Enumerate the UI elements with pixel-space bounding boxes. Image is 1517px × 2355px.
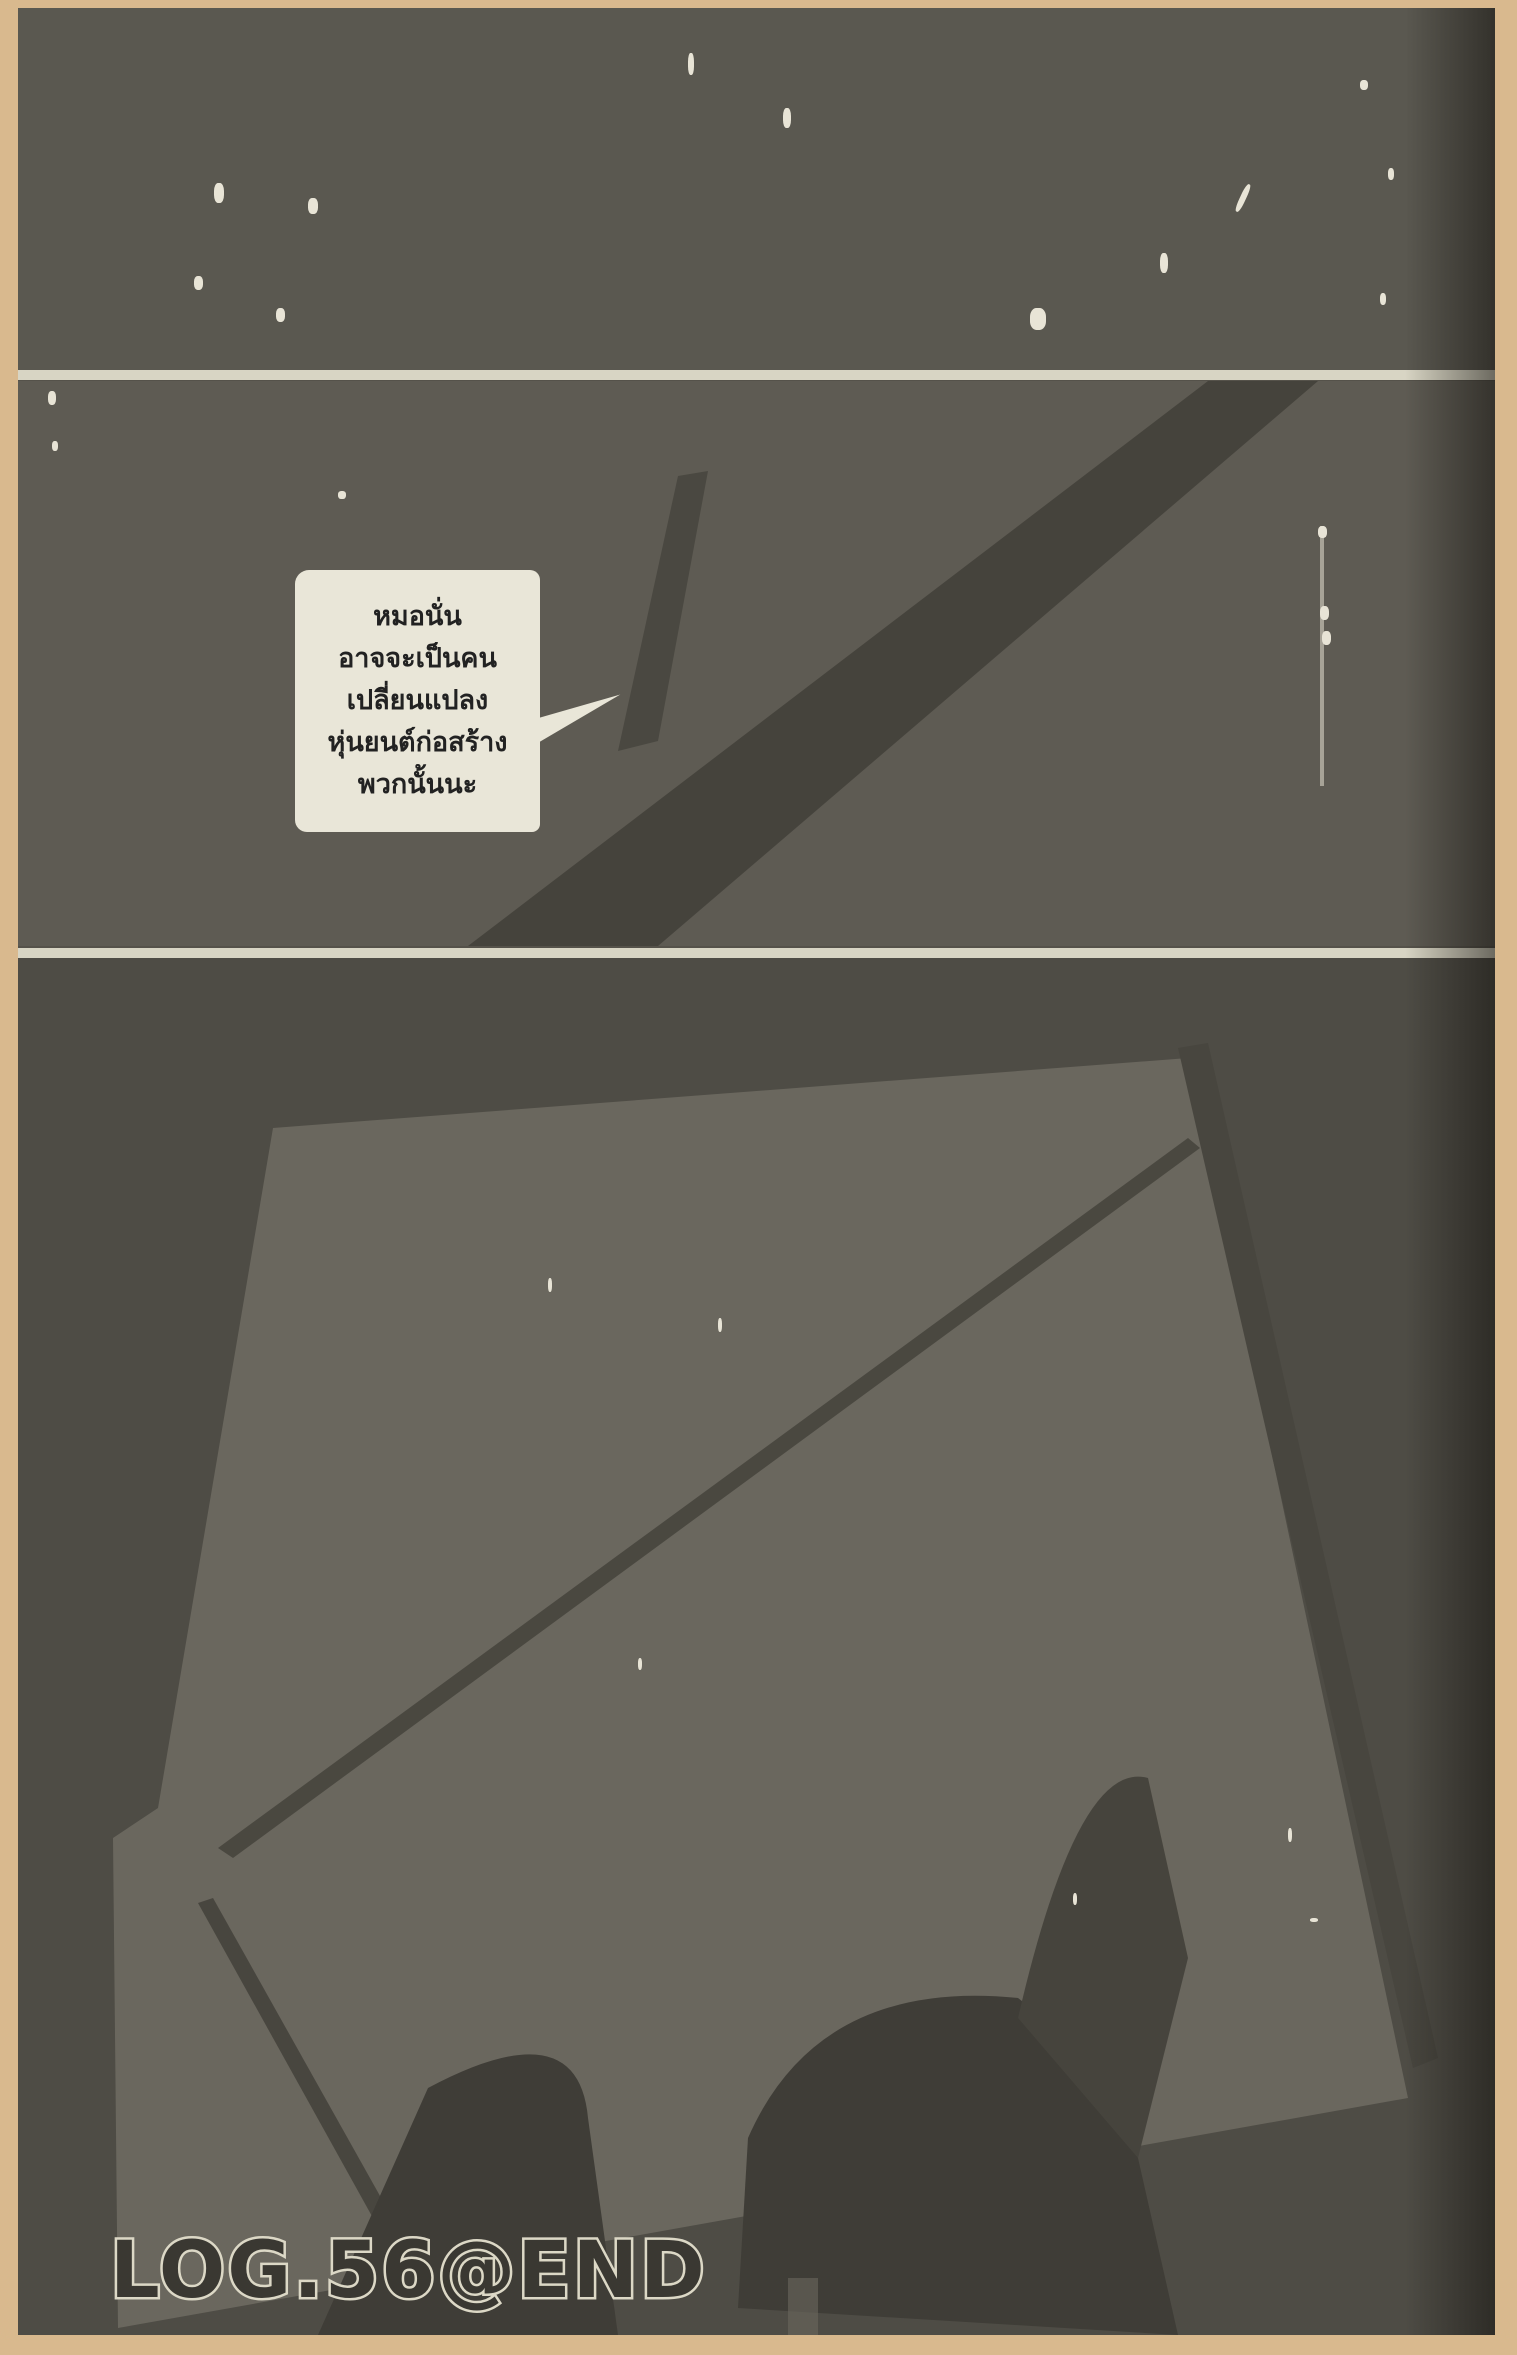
panel-bottom	[18, 958, 1495, 2335]
bubble-line: อาจจะเป็นคน	[338, 638, 497, 680]
tower-structure-art	[18, 958, 1495, 2335]
bubble-line: หุ่นยนต์ก่อสร้าง	[328, 722, 508, 764]
speck	[1234, 183, 1252, 213]
speck	[1288, 1828, 1292, 1842]
speck	[1320, 606, 1329, 620]
panel-border	[18, 948, 1495, 958]
bubble-line: หมอนั่น	[373, 596, 462, 638]
speck	[1160, 253, 1168, 273]
panel-top	[18, 8, 1495, 370]
chapter-end-label: LOG.56@END	[110, 2226, 707, 2316]
speck	[1360, 80, 1368, 90]
bubble-line: พวกนั้นนะ	[358, 764, 477, 806]
panel-border	[18, 370, 1495, 380]
speck	[48, 391, 56, 405]
speck	[276, 308, 285, 322]
speck	[638, 1658, 642, 1670]
speck	[1322, 631, 1331, 645]
speck	[548, 1278, 552, 1292]
speck	[1318, 526, 1327, 538]
speck	[1388, 168, 1394, 180]
speck	[1073, 1893, 1077, 1905]
speck	[1030, 308, 1046, 330]
speck	[718, 1318, 722, 1332]
diagonal-beam-art	[18, 381, 1495, 946]
bubble-line: เปลี่ยนแปลง	[347, 680, 488, 722]
panel-middle	[18, 381, 1495, 946]
speck	[52, 441, 58, 451]
speck	[783, 108, 791, 128]
speck	[1310, 1918, 1318, 1922]
speck	[194, 276, 203, 290]
speech-bubble: หมอนั่น อาจจะเป็นคน เปลี่ยนแปลง หุ่นยนต์…	[295, 570, 540, 832]
speck	[338, 491, 346, 499]
manga-page: หมอนั่น อาจจะเป็นคน เปลี่ยนแปลง หุ่นยนต์…	[18, 8, 1495, 2335]
speck	[308, 198, 318, 214]
speck	[1380, 293, 1386, 305]
speck	[214, 183, 224, 203]
speck	[688, 53, 694, 75]
